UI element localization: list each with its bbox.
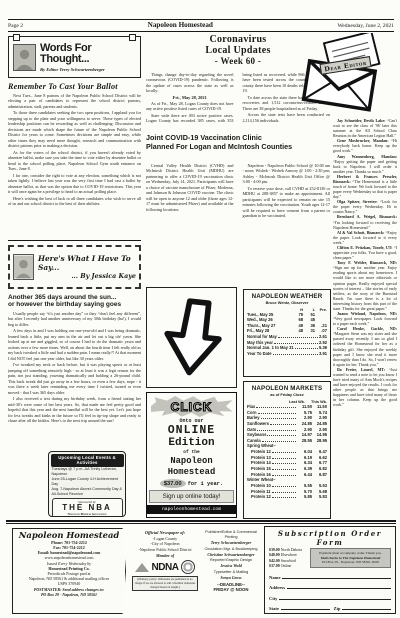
down-arrow-icon — [153, 292, 231, 384]
portrait-icon — [14, 45, 35, 70]
article-paragraph: Here's wishing the best of luck to all t… — [8, 196, 141, 207]
covid-intro: Things change day-to-day regarding the n… — [146, 72, 234, 94]
website-url: napoleonhomestead.com — [147, 505, 236, 514]
article-paragraph: A few days in and I was holding our one-… — [8, 328, 141, 361]
subscription-fields: Name Address City — [269, 575, 391, 601]
vaccination-headline-line2: Planned For Logan and McIntosh Counties — [146, 142, 330, 151]
letter-item: Bernhard A. Weigel, Bismarck: “I'm looki… — [333, 214, 397, 229]
jessica-photo — [13, 254, 34, 280]
edition-label: Edition — [149, 437, 234, 449]
words-for-thought-title: Words For Thought... — [40, 43, 136, 65]
click-starburst: CLICK — [151, 396, 233, 417]
weather-title: NAPOLEON WEATHER — [247, 293, 327, 300]
article-paragraph: Central Valley Health District (CVHD) an… — [146, 163, 234, 212]
heres-what-title: Here's What I Have To Say... — [38, 254, 136, 273]
markets-column-headers: Last Wk. This Wk. — [247, 399, 327, 404]
ad-paper-name-line1: Napoleon — [149, 456, 234, 467]
weather-observer: Bruce Wentz, Observer — [247, 300, 327, 305]
markets-col-last: Last Wk. — [289, 399, 305, 404]
state-label: State — [269, 606, 279, 611]
ndna-logo: NDNA — [132, 560, 198, 574]
staff-role: Circulation Mgr. & Bookkeeping Christine… — [202, 547, 260, 557]
form-blank-line — [279, 596, 391, 600]
weather-summary: Normal for May2.61 May this year2.92 Nor… — [247, 334, 327, 357]
events-box: Upcoming Local Events & Activities Tuesd… — [48, 451, 126, 517]
portrait-icon — [14, 255, 33, 279]
signup-line: Sign up online today! — [149, 490, 234, 503]
official-newspaper-col: Official Newspaper of: -Logan County-Cit… — [132, 530, 198, 591]
weather-col-pre: Pre. — [315, 307, 327, 312]
ndna-triangle-icon — [135, 563, 149, 572]
form-blank-line — [287, 585, 391, 589]
vaccination-body: Central Valley Health District (CVHD) an… — [146, 163, 330, 280]
postmaster-line2: PO Box 29 - Napoleon, ND 58561 — [15, 592, 123, 597]
letter-item: Olga Spitzer, Streeter: “Look for the pa… — [333, 199, 397, 214]
masthead-box: Napoleon Homestead Phone: 701-754-2212 F… — [12, 528, 126, 614]
state-zip-row: State Zip — [269, 606, 391, 611]
letter-item: Gene Mosbrucker, Mandan: “Hi everybody b… — [333, 138, 397, 153]
masthead-divider-rule — [6, 520, 396, 524]
ndna-seal-icon — [181, 560, 195, 574]
events-list: Tuesdays @ 7 p.m.-AA Trinity Lutheran, N… — [51, 467, 124, 496]
price-badge: $37.00 — [160, 479, 186, 488]
newspaper-title: Napoleon Homestead — [148, 21, 213, 29]
staff-role: Publisher/Editor & Commercial Printing T… — [202, 530, 260, 545]
issue-date: Wednesday, June 2, 2021 — [337, 23, 394, 29]
form-field-row: Address — [269, 585, 391, 590]
form-blank-line — [282, 575, 391, 579]
market-row: Protein 12 5.855.83 — [247, 494, 327, 500]
staff-col: Publisher/Editor & Commercial Printing T… — [202, 530, 260, 593]
payment-note3: PO Box 29 - Napoleon, ND 58561-0029 — [312, 560, 389, 565]
staff-role: Typesetter & Mailing Sonya Gross — [202, 570, 260, 580]
editor-photo — [13, 44, 36, 71]
ad-price-row: $37.00 for 1 year. — [149, 479, 234, 488]
of-the-label: of the — [149, 450, 234, 455]
header-rule-bottom — [8, 31, 394, 32]
click-label: CLICK — [171, 400, 213, 414]
letter-item: Carol Henke, Gackle, ND: “Margaret Stern… — [333, 326, 397, 367]
covid-date-heading: Fri., May 28, 2021 — [146, 95, 234, 100]
online-label: ONLINE — [149, 424, 234, 437]
dear-editor-letters: Jay Schneider, Devils Lake: “Can't wait … — [333, 118, 397, 518]
member-of-label: Member of — [132, 553, 198, 558]
ndna-text: NDNA — [152, 561, 179, 575]
birthday-headline-line2: or however the birthday saying goes — [8, 301, 141, 308]
page-number: Page 2 — [8, 23, 23, 29]
article-paragraph: Usually people say “it's just another da… — [8, 311, 141, 327]
payment-note1: Payment must accompany order. Thank you. — [312, 551, 389, 556]
price-suffix: for 1 year. — [188, 481, 224, 487]
staff-role: Reporter/Graphic Design Jessica Wald — [202, 558, 260, 568]
article-paragraph: As of Fri., May 28, Logan County does no… — [146, 101, 234, 112]
obituary-policy-note: (Obituary policy: Obituaries are publish… — [132, 576, 198, 591]
birthday-article-headline: Another 365 days around the sun... or ho… — [8, 294, 141, 309]
ballot-article-body: Next Tues., June 8 patrons of the Napole… — [8, 93, 141, 238]
nba-sponsor-box: Sponsored by THE NBA Napoleon Business A… — [52, 498, 123, 517]
letter-item: Al & Val Schott, Bismarck: “Enjoy the pa… — [333, 230, 397, 245]
article-paragraph: I for one, consider the right to vote at… — [8, 173, 141, 195]
subscription-title: Subscription Order Form — [269, 529, 391, 547]
events-box-header: Upcoming Local Events & Activities — [51, 454, 124, 467]
price-item: $37.00 Online — [269, 564, 307, 569]
nba-phone-line: Call 754-2212 to list an event — [53, 516, 122, 517]
heres-what-byline: ... By Jessica Kaye — [38, 272, 136, 280]
payment-note-box: Payment must accompany order. Thank you.… — [310, 548, 391, 568]
article-paragraph: To those three candidates seeking the tw… — [8, 110, 141, 148]
form-field-row: City — [269, 596, 391, 601]
weather-box: NAPOLEON WEATHER Bruce Wentz, Observer H… — [243, 289, 331, 377]
weather-rows: Tues., May 25 79 51 Wed., May 26 68 45 T… — [247, 312, 327, 335]
ballot-article-headline: Remember To Cast Your Ballot — [8, 82, 141, 91]
article-paragraph: As for the voters of the school district… — [8, 150, 141, 172]
nba-name: THE NBA — [53, 504, 122, 512]
subscription-prices: $39.00 North Dakota $40.00 Elsewhere $42… — [269, 548, 307, 569]
letter-item: Jay Schneider, Devils Lake: “Can't wait … — [333, 118, 397, 138]
page-header: Page 2 Napoleon Homestead Wednesday, Jun… — [8, 21, 394, 29]
letter-item: Amy Wannenberg, Mandan: “Enjoy getting t… — [333, 154, 397, 174]
letter-item: Herbert & Frances Preszler, Bismarck: “T… — [333, 174, 397, 199]
form-field-row: Name — [269, 575, 391, 580]
markets-box: NAPOLEON MARKETS as of Friday Close Last… — [243, 381, 331, 519]
birthday-headline-line1: Another 365 days around the sun... — [8, 294, 141, 301]
event-item: Aug. 7-Napoleon Alumni Community Day & A… — [52, 487, 123, 496]
column-divider-rule — [8, 240, 141, 241]
zip-label: Zip — [334, 606, 341, 611]
dear-editor-graphic: Dear Editor — [298, 33, 396, 115]
header-rule-top — [8, 19, 394, 20]
heres-what-box: Here's What I Have To Say... ... By Jess… — [8, 245, 141, 289]
masthead-name: Napoleon Homestead — [15, 531, 123, 540]
article-paragraph: I've tweaked my neck or back before, but… — [8, 362, 141, 395]
subscription-form: Subscription Order Form $39.00 North Dak… — [264, 526, 396, 614]
birthday-article-body: Usually people say “it's just another da… — [8, 311, 141, 447]
staff-roles: Publisher/Editor & Commercial Printing T… — [202, 530, 260, 580]
newspaper-page: Page 2 Napoleon Homestead Wednesday, Jun… — [0, 0, 400, 618]
vaccination-headline-line1: Joint COVID-19 Vaccination Clinic — [146, 133, 330, 142]
markets-subtitle: as of Friday Close — [247, 392, 327, 397]
article-paragraph: Napoleon - Napoleon Public School @ 10:0… — [243, 163, 331, 185]
envelope-icon — [298, 33, 396, 115]
words-for-thought-box: Words For Thought... By Editor Terry Sch… — [8, 36, 141, 78]
letter-item: Tony F. Welder, Bismarck, ND: “Sign me u… — [333, 260, 397, 311]
weather-summary-row: Year To Date3.91 — [247, 351, 327, 357]
markets-rows: Flax 11.5011.50 Corn 5.755.74 Barley 2.9… — [247, 404, 327, 500]
article-paragraph: I also received a text during my birthda… — [8, 396, 141, 423]
event-item: Tuesdays @ 7 p.m.-AA Trinity Lutheran, N… — [52, 467, 123, 476]
official-items: -Logan County-City of Napoleon-Napoleon … — [132, 536, 198, 552]
ad-paper-name-line2: Homestead — [149, 467, 234, 478]
arrow-box — [146, 287, 237, 388]
online-edition-ad: CLICK Onto our ONLINE Edition of the Nap… — [146, 392, 237, 518]
article-paragraph: Next Tues., June 8 patrons of the Napole… — [8, 93, 141, 109]
vaccination-headline: Joint COVID-19 Vaccination Clinic Planne… — [146, 133, 330, 151]
event-item: June 25-Logan County 4-H Achievement Day — [52, 477, 123, 486]
letter-item: Juann Wieland, Napoleon, ND: “Very good … — [333, 311, 397, 326]
words-for-thought-byline: By Editor Terry Schwartzenberger — [40, 67, 136, 72]
letter-item: Ila Freier, Laurel, MT: “Just wanted to … — [333, 367, 397, 408]
article-paragraph: To reserve your dose, call CVHD at 252-8… — [243, 186, 331, 219]
markets-col-this: This Wk. — [311, 399, 327, 404]
markets-title: NAPOLEON MARKETS — [247, 385, 327, 392]
official-item: -Napoleon Public School District — [132, 547, 198, 552]
letter-item: Clifton E. Pritzkau, Tooele, UT: “I appr… — [333, 245, 397, 260]
deadline-value: FRIDAY @ NOON — [202, 587, 260, 593]
